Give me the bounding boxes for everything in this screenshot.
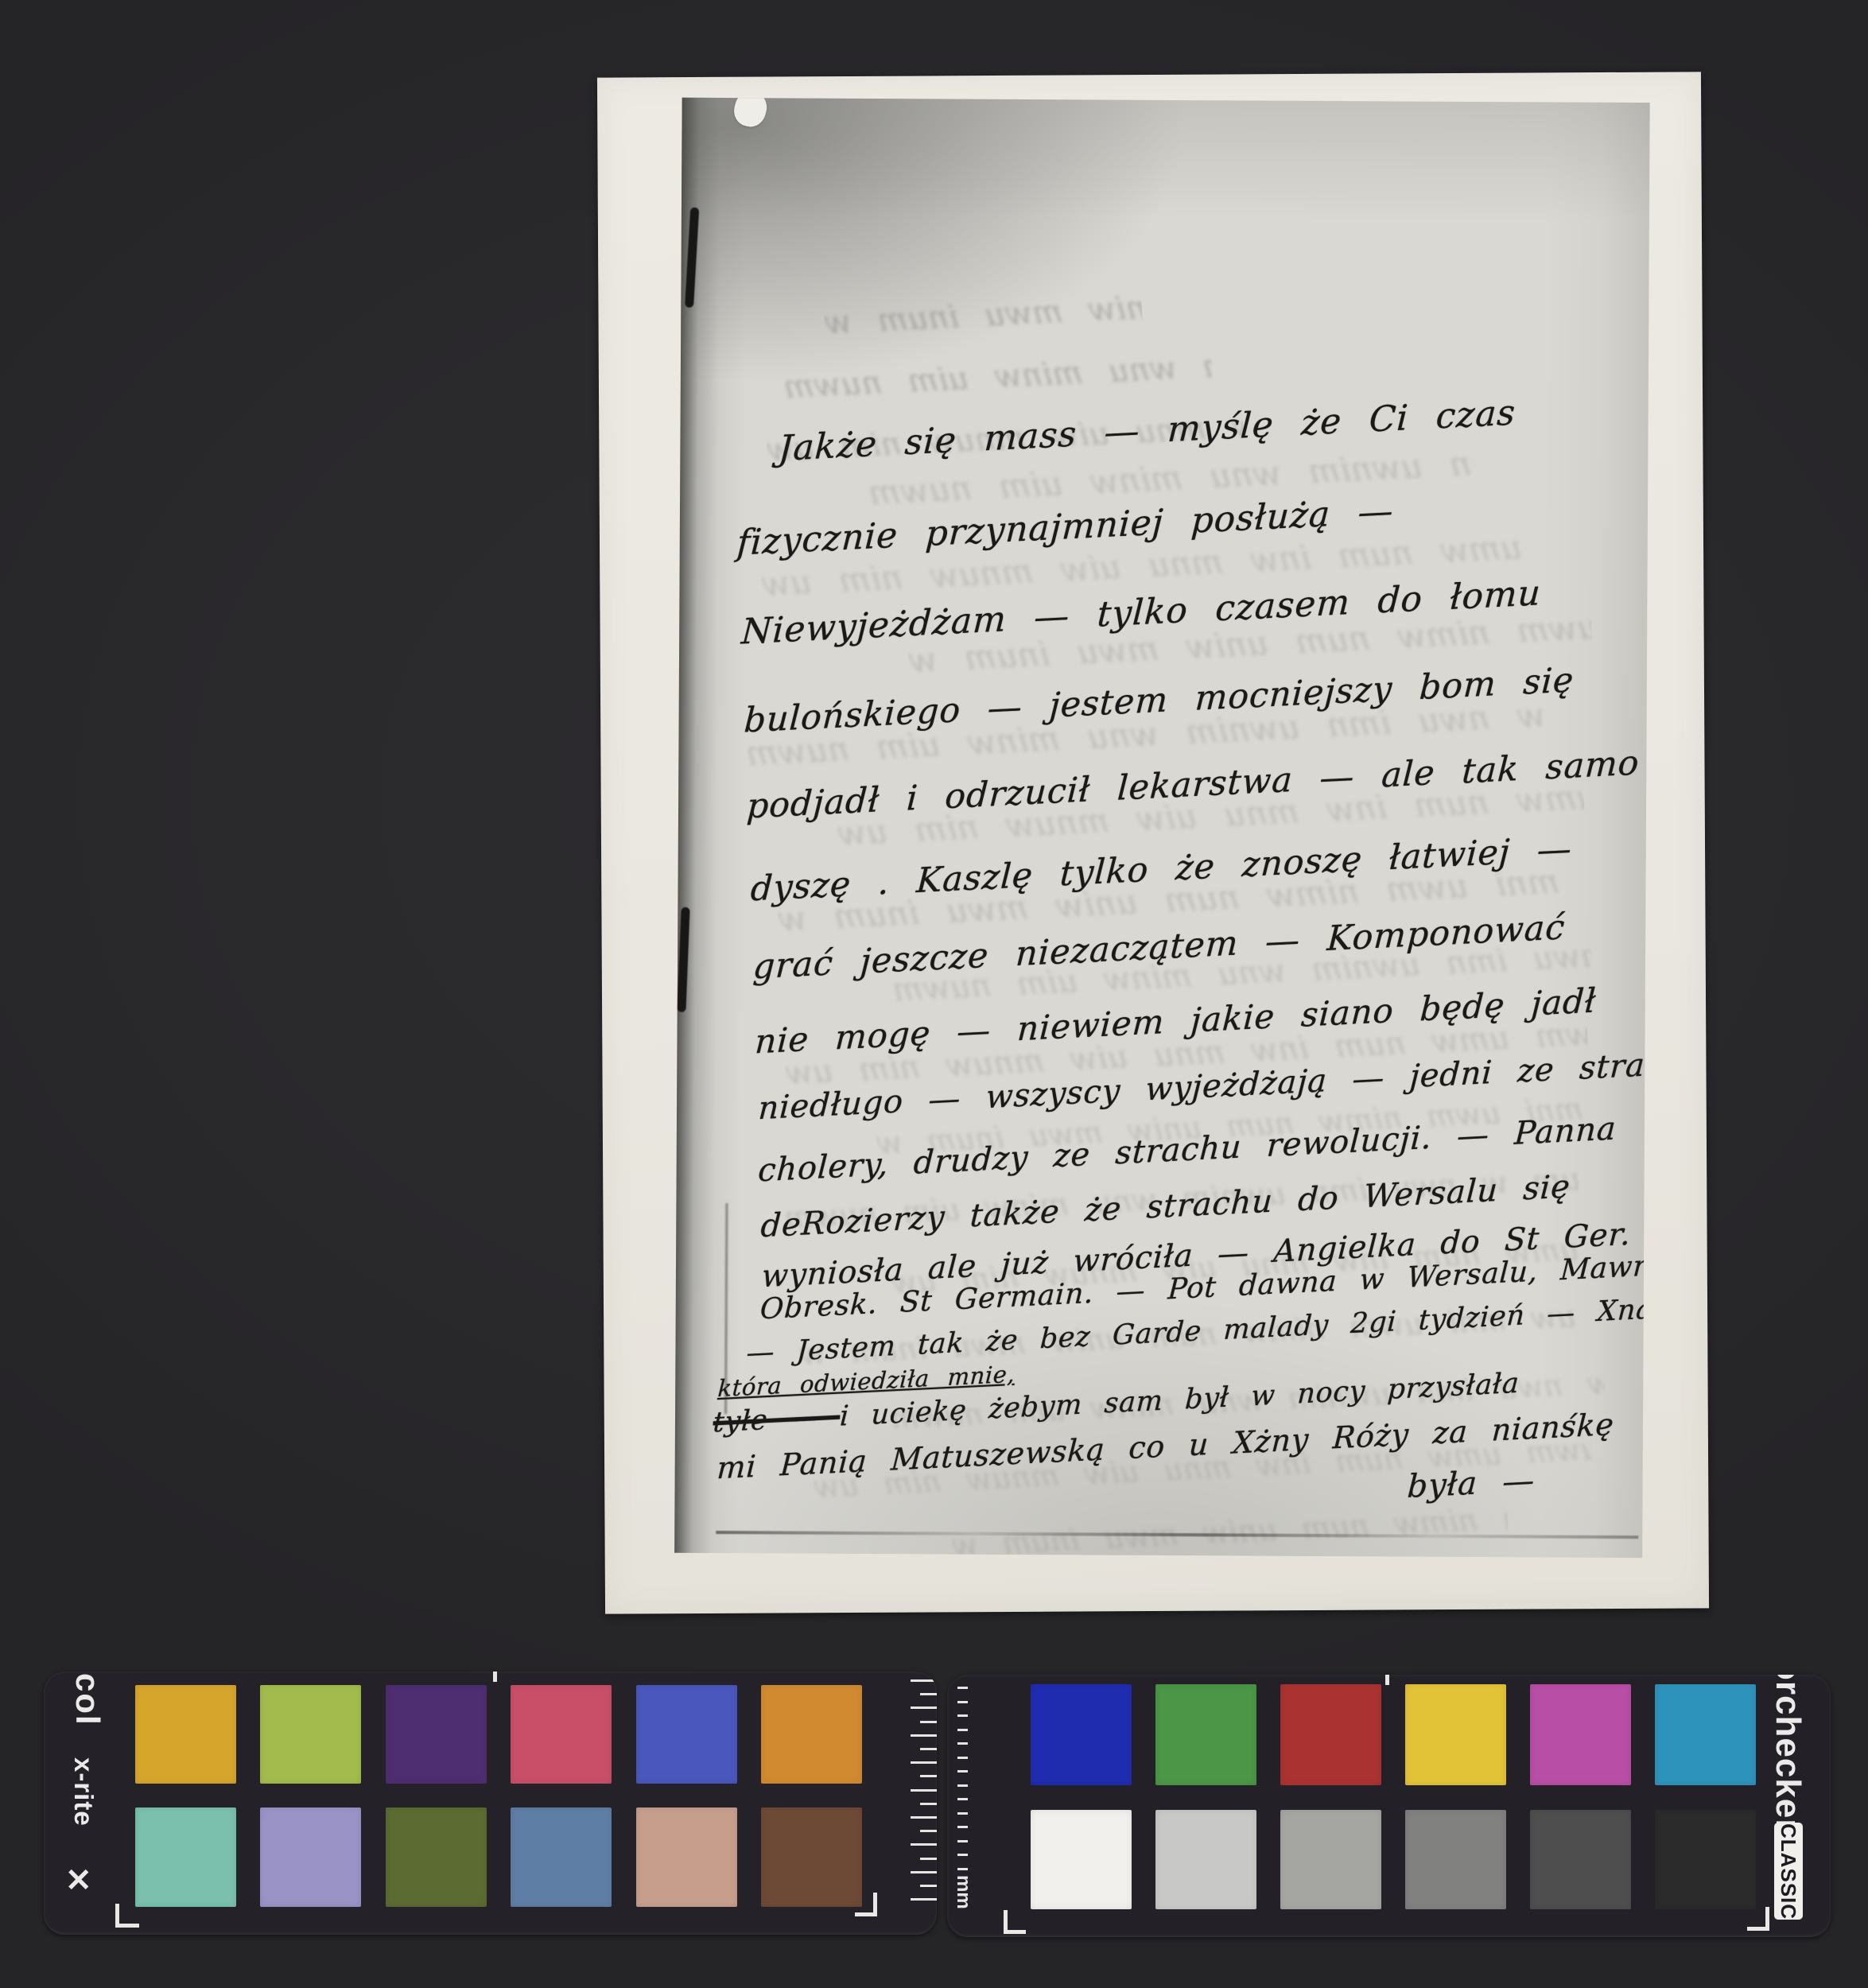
- patch-yellow: [1405, 1684, 1506, 1785]
- patch-magenta: [1530, 1684, 1631, 1785]
- ruler-tick: [920, 1858, 937, 1860]
- ruler-tick: [920, 1693, 937, 1695]
- handwriting-layer: Jakże się mass — myślę że Ci czasfizyczn…: [674, 98, 1650, 1558]
- ruler-tick: [957, 1868, 968, 1870]
- manuscript-line-9: niedługo — wszyscy wyjeżdżają — jedni ze…: [757, 1044, 1649, 1127]
- ruler-tick: [911, 1789, 937, 1792]
- ruler-tick: [957, 1812, 968, 1815]
- patch-neutral-6.5: [1280, 1810, 1381, 1909]
- patch-blue: [1031, 1684, 1132, 1785]
- patch-blue-sky: [511, 1807, 612, 1907]
- mm-unit-label: mm: [952, 1875, 974, 1909]
- ruler-tick: [957, 1687, 968, 1689]
- patch-bluish-green: [135, 1807, 236, 1907]
- manuscript-line-4: bulońskiego — jestem mocniejszy bom się: [743, 660, 1575, 740]
- ruler-tick: [957, 1701, 968, 1703]
- ruler-tick: [957, 1729, 968, 1731]
- classic-badge: CLASSIC: [1774, 1823, 1803, 1920]
- fiducial-tick: [493, 1672, 497, 1682]
- ruler-tick: [920, 1830, 937, 1832]
- struck-word: tyłe —: [713, 1401, 841, 1439]
- patch-black: [1655, 1810, 1756, 1909]
- manuscript-line-7: grać jeszcze niezaczątem — Komponować: [751, 907, 1566, 987]
- manuscript-line-1: Jakże się mass — myślę że Ci czas: [778, 393, 1517, 470]
- corner-mark: [855, 1912, 877, 1916]
- ruler-tick: [920, 1803, 937, 1805]
- patch-orange: [761, 1685, 862, 1784]
- manuscript-line-18: była —: [1406, 1462, 1536, 1505]
- classic-badge-label: CLASSIC: [1777, 1823, 1801, 1919]
- manuscript-line-6: dyszę . Kaszlę tylko że znoszę łatwiej —: [750, 829, 1573, 910]
- manuscript-line-5: podjadł i odrzucił lekarstwa — ale tak s…: [746, 743, 1641, 826]
- patch-light-skin: [636, 1807, 737, 1907]
- manuscript-line-2: fizycznie przynajmniej posłużą —: [736, 491, 1395, 564]
- fiducial-tick: [1385, 1675, 1389, 1685]
- xrite-wordmark: x-rite: [68, 1757, 99, 1827]
- corner-mark: [1004, 1930, 1026, 1934]
- color-checker-right-half: mm orchecker CLASSIC: [947, 1675, 1831, 1937]
- patch-dark-skin: [761, 1807, 862, 1907]
- ruler-tick: [957, 1798, 968, 1800]
- patch-yellow-green: [260, 1685, 361, 1784]
- patch-white: [1031, 1810, 1132, 1909]
- ruler-tick: [911, 1871, 937, 1873]
- ruler-tick: [911, 1706, 937, 1709]
- ruler-tick: [957, 1742, 968, 1745]
- colorchecker-text-fragment-left: col: [68, 1673, 107, 1726]
- patch-orange-yellow: [135, 1685, 236, 1784]
- ruler-tick: [911, 1734, 937, 1737]
- patch-purple: [386, 1685, 487, 1784]
- manuscript-line-3: Niewyjeżdżam — tylko czasem do łomu: [740, 573, 1542, 652]
- ruler-tick: [957, 1770, 968, 1773]
- ruler-tick: [911, 1679, 937, 1682]
- ruler-tick: [911, 1898, 937, 1901]
- ruler-tick: [920, 1721, 937, 1723]
- ruler-tick: [911, 1843, 937, 1846]
- patch-blue-flower: [260, 1807, 361, 1907]
- patch-moderate-red: [511, 1685, 612, 1784]
- corner-mark: [1747, 1927, 1769, 1931]
- patch-purplish-blue: [636, 1685, 737, 1784]
- patch-foliage: [386, 1807, 487, 1907]
- corner-mark: [115, 1924, 139, 1928]
- patch-green: [1155, 1684, 1256, 1785]
- ruler-tick: [957, 1784, 968, 1787]
- photograph: umw num inw mnu uiw mnuw nim uw mni uwm …: [597, 72, 1709, 1613]
- ruler-tick: [957, 1840, 968, 1842]
- patch-neutral-8: [1155, 1810, 1256, 1909]
- patch-cyan: [1655, 1684, 1756, 1785]
- colorchecker-text-fragment-right: orchecker: [1768, 1675, 1808, 1833]
- ruler-tick: [957, 1854, 968, 1856]
- scene: umw num inw mnu uiw mnuw nim uw mni uwm …: [0, 0, 1868, 1988]
- patch-red: [1280, 1684, 1381, 1785]
- ruler-tick: [911, 1816, 937, 1819]
- manuscript-line-8: nie mogę — niewiem jakie siano będę jadł: [754, 980, 1598, 1061]
- ruler-tick: [920, 1748, 937, 1750]
- ruler-tick: [920, 1775, 937, 1777]
- manuscript-page: umw num inw mnu uiw mnuw nim uw mni uwm …: [674, 98, 1650, 1558]
- ruler-tick: [911, 1761, 937, 1764]
- ruler-tick: [920, 1885, 937, 1887]
- xrite-logo-icon: ✕: [65, 1862, 92, 1899]
- color-checker-left-half: col x-rite ✕: [44, 1672, 937, 1935]
- ruler-tick: [957, 1757, 968, 1759]
- patch-neutral-3.5: [1530, 1810, 1631, 1909]
- ruler-tick: [957, 1714, 968, 1717]
- ruler-tick: [957, 1826, 968, 1828]
- patch-neutral-5: [1405, 1810, 1506, 1909]
